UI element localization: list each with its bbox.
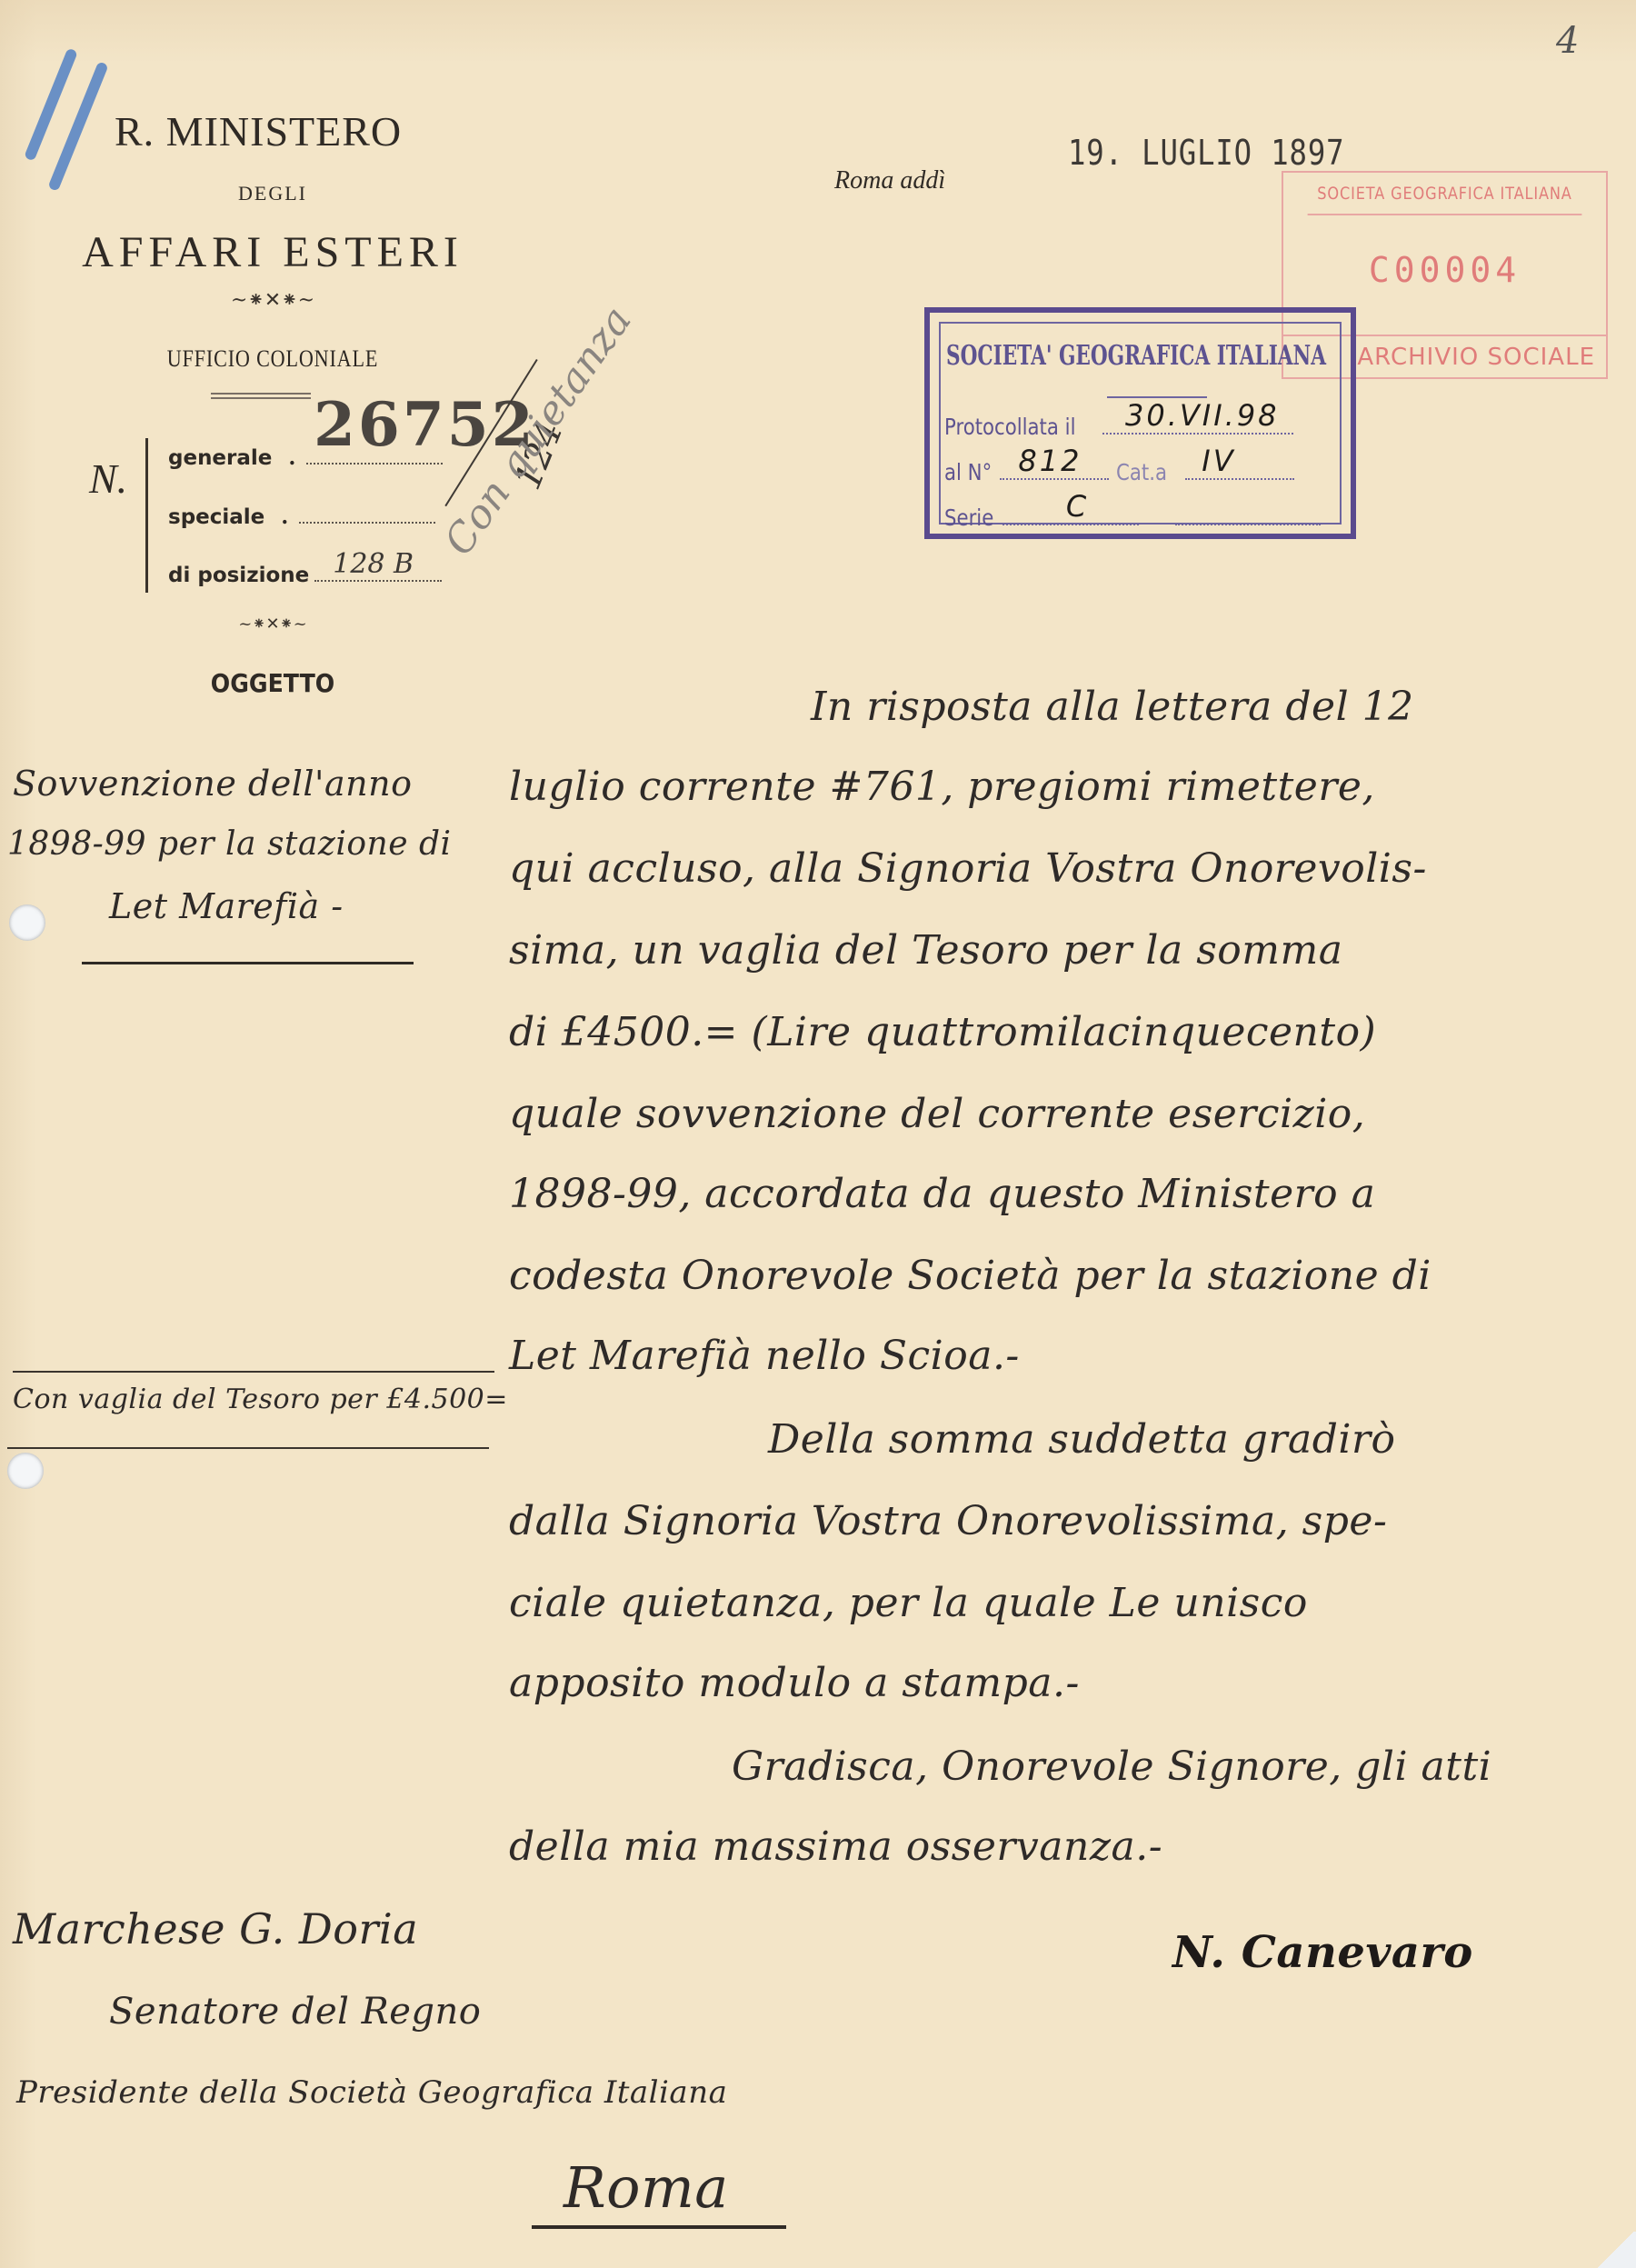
registry-serie: Serie C: [944, 502, 1321, 531]
addressee-role: Presidente della Società Geografica Ital…: [16, 2074, 727, 2111]
subject-underline: [82, 962, 414, 964]
field-label: speciale: [168, 505, 264, 529]
archive-stamp-number: C00004: [1283, 250, 1606, 290]
subject-line-1: Sovvenzione dell'anno: [13, 764, 412, 804]
subject-line-2: 1898-99 per la stazione di: [7, 825, 452, 863]
letterhead-ministry: R. MINISTERO: [115, 107, 402, 155]
enclosure-rule-top: [13, 1371, 494, 1373]
field-label: di posizione: [168, 564, 309, 587]
body-line: dalla Signoria Vostra Onorevolissima, sp…: [509, 1498, 1387, 1544]
body-line: Gradisca, Onorevole Signore, gli atti: [732, 1743, 1491, 1790]
letterhead-degli: DEGLI: [0, 182, 545, 205]
number-label: N.: [89, 455, 127, 503]
addressee-title: Senatore del Regno: [109, 1991, 481, 2033]
corner-fold: [1595, 2232, 1636, 2268]
body-line: quale sovvenzione del corrente esercizio…: [509, 1091, 1365, 1137]
body-line: della mia massima osservanza.-: [509, 1823, 1162, 1870]
letterhead-office: UFFICIO COLONIALE: [41, 345, 504, 373]
addressee-name: Marchese G. Doria: [13, 1904, 418, 1953]
body-line: 1898-99, accordata da questo Ministero a: [509, 1171, 1375, 1217]
punch-hole: [7, 1453, 44, 1489]
body-line: apposito modulo a stampa.-: [509, 1660, 1080, 1706]
dateline-date: 19. LUGLIO 1897: [1068, 133, 1344, 173]
enclosure-rule-bottom: [7, 1447, 489, 1449]
registry-stamp: SOCIETA' GEOGRAFICA ITALIANA Protocollat…: [924, 307, 1356, 539]
body-line: codesta Onorevole Società per la stazion…: [509, 1253, 1431, 1299]
registry-stamp-title: SOCIETA' GEOGRAFICA ITALIANA: [946, 340, 1326, 372]
subject-heading: OGGETTO: [27, 668, 518, 698]
field-posizione: di posizione 128 B: [168, 564, 442, 587]
registry-serie-value: C: [1066, 489, 1089, 524]
registry-date-value: 30.VII.98: [1125, 398, 1280, 433]
body-line: In risposta alla lettera del 12: [811, 684, 1414, 730]
archive-stamp-header: SOCIETA GEOGRAFICA ITALIANA: [1308, 173, 1582, 215]
city-underline: [532, 2225, 786, 2229]
field-label: generale: [168, 446, 272, 470]
registry-category-value: IV: [1202, 444, 1235, 478]
addressee-city: Roma: [564, 2154, 729, 2221]
signature: N. Canevaro: [1172, 1927, 1473, 1978]
body-line: Let Marefià nello Scioa.-: [509, 1333, 1020, 1379]
registry-number-value: 812: [1018, 444, 1082, 478]
field-generale: generale .: [168, 445, 443, 470]
ornament-divider: ~⁕✕⁕~: [0, 289, 545, 312]
punch-hole: [9, 904, 45, 941]
subject-line-3: Let Marefià -: [109, 886, 344, 926]
letterhead-affari-esteri: AFFARI ESTERI: [0, 227, 545, 277]
registry-numero: al N° 812 Cat.a IV: [944, 456, 1294, 485]
ornament-divider: ~⁕✕⁕~: [0, 614, 545, 634]
dateline-place: Roma addì: [834, 166, 945, 195]
body-line: qui accluso, alla Signoria Vostra Onorev…: [509, 845, 1427, 892]
double-rule: [211, 393, 311, 399]
body-line: sima, un vaglia del Tesoro per la somma: [509, 927, 1342, 974]
body-line: ciale quietanza, per la quale Le unisco: [509, 1580, 1308, 1626]
field-value: 128 B: [333, 548, 414, 580]
body-line: di £4500.= (Lire quattromilacinquecento): [509, 1009, 1376, 1055]
page-number: 4: [1556, 20, 1579, 62]
registry-protocollata: Protocollata il 30.VII.98: [944, 411, 1293, 440]
field-speciale: speciale .: [168, 505, 435, 529]
brace: [145, 438, 155, 593]
body-line: luglio corrente #761, pregiomi rimettere…: [509, 764, 1375, 810]
enclosure-note: Con vaglia del Tesoro per £4.500=: [13, 1384, 508, 1415]
body-line: Della somma suddetta gradirò: [768, 1416, 1395, 1463]
